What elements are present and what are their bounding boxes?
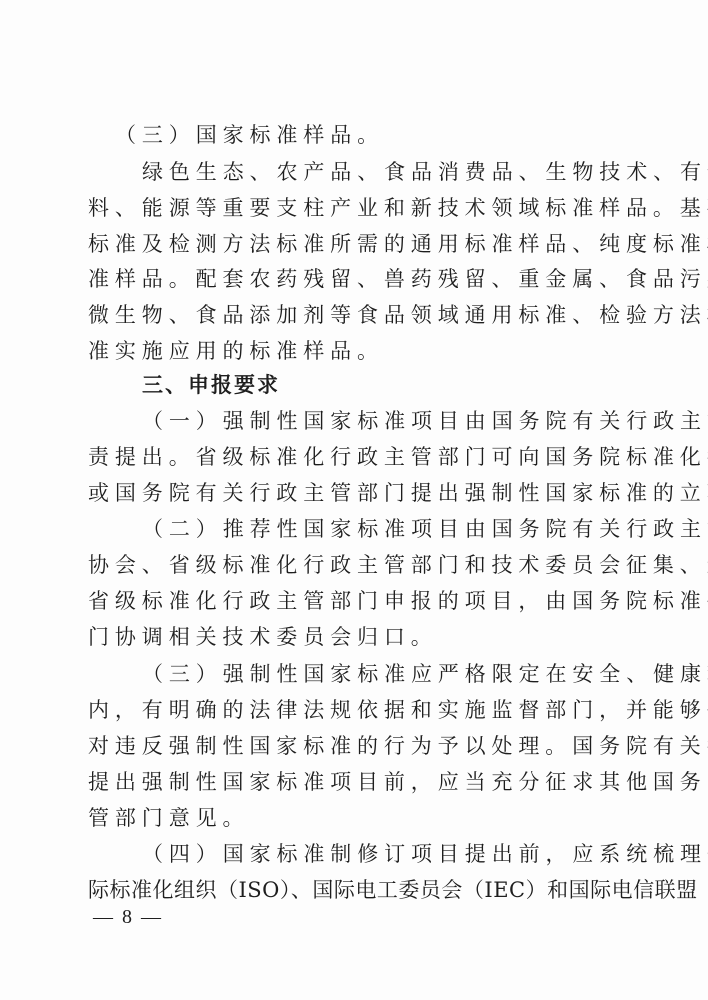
section-heading: 三、申报要求 (142, 368, 280, 402)
text-line: 标准及检测方法标准所需的通用标准样品、纯度标准样品和基体标 (88, 227, 708, 261)
text-line: 门协调相关技术委员会归口。 (88, 620, 438, 654)
text-line: 绿色生态、农产品、食品消费品、生物技术、有色金属、新材 (142, 155, 708, 189)
text-line: 省级标准化行政主管部门申报的项目，由国务院标准化行政主管部 (88, 584, 708, 618)
text-line: 或国务院有关行政主管部门提出强制性国家标准的立项建议。 (88, 476, 708, 510)
text-line: 对违反强制性国家标准的行为予以处理。国务院有关行政主管部门 (88, 729, 708, 763)
text-line: 准实施应用的标准样品。 (88, 334, 384, 368)
text-line: （四）国家标准制修订项目提出前，应系统梳理分析本领域国 (142, 837, 708, 871)
text-line: （三）强制性国家标准应严格限定在安全、健康和环保范围之 (142, 657, 708, 691)
text-line: 协会、省级标准化行政主管部门和技术委员会征集、遴选和申报。 (88, 548, 708, 582)
text-line: （二）推荐性国家标准项目由国务院有关行政主管部门、行业 (142, 512, 708, 546)
text-line: 内，有明确的法律法规依据和实施监督部门，并能够依据有关规定 (88, 693, 708, 727)
text-line: 准样品。配套农药残留、兽药残留、重金属、食品污染物、致病性 (88, 262, 708, 296)
text-line: （一）强制性国家标准项目由国务院有关行政主管部门依据职 (142, 404, 708, 438)
text-line: 料、能源等重要支柱产业和新技术领域标准样品。基础标准、产品 (88, 191, 708, 225)
text-line: 际标准化组织（ISO）、国际电工委员会（IEC）和国际电信联盟（ITU） (88, 873, 708, 907)
text-line: 提出强制性国家标准项目前，应当充分征求其他国务院有关行政主 (88, 765, 708, 799)
text-line: 管部门意见。 (88, 801, 249, 835)
page-number: — 8 — (93, 906, 163, 929)
subsection-heading: （三）国家标准样品。 (115, 118, 384, 152)
text-line: 责提出。省级标准化行政主管部门可向国务院标准化行政主管部门 (88, 440, 708, 474)
text-line: 微生物、食品添加剂等食品领域通用标准、检验方法标准和产品标 (88, 298, 708, 332)
